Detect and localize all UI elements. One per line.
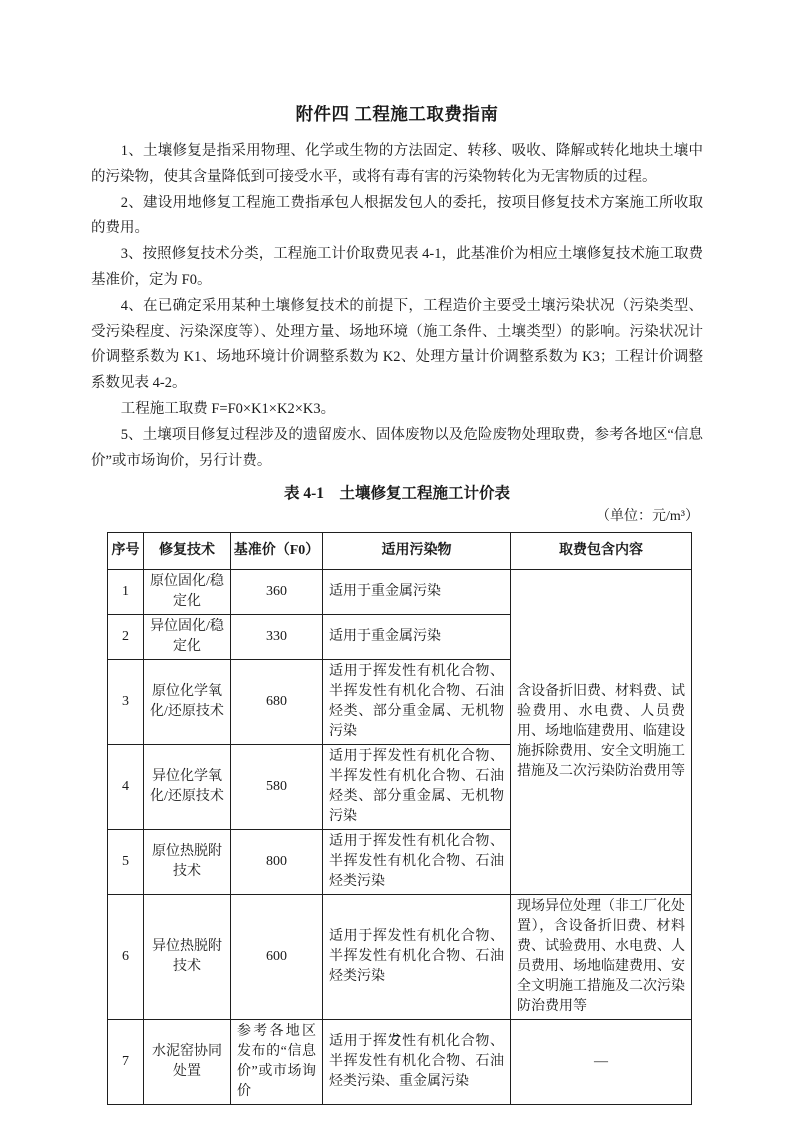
- cell-technology: 原位固化/稳定化: [144, 570, 231, 615]
- cell-base-price: 330: [231, 615, 323, 660]
- paragraph-5: 5、土壤项目修复过程涉及的遗留废水、固体废物以及危险废物处理取费，参考各地区“信…: [91, 423, 703, 475]
- cell-technology: 异位热脱附技术: [144, 895, 231, 1020]
- cell-base-price: 360: [231, 570, 323, 615]
- page-number: 7: [0, 1032, 793, 1050]
- cell-pollutants: 适用于挥发性有机化合物、半挥发性有机化合物、石油烃类污染: [323, 895, 511, 1020]
- cell-technology: 异位固化/稳定化: [144, 615, 231, 660]
- table-caption: 表 4-1 土壤修复工程施工计价表: [91, 483, 703, 505]
- cell-pollutants: 适用于重金属污染: [323, 615, 511, 660]
- cell-base-price: 800: [231, 830, 323, 895]
- cell-base-price: 680: [231, 660, 323, 745]
- document-content: 附件四 工程施工取费指南 1、土壤修复是指采用物理、化学或生物的方法固定、转移、…: [91, 102, 703, 1105]
- paragraph-2: 2、建设用地修复工程施工费指承包人根据发包人的委托，按项目修复技术方案施工所收取…: [91, 191, 703, 243]
- cell-pollutants: 适用于挥发性有机化合物、半挥发性有机化合物、石油烃类污染: [323, 830, 511, 895]
- cell-fee-content: 现场异位处理（非工厂化处置），含设备折旧费、材料费、试验费用、水电费、人员费用、…: [511, 895, 692, 1020]
- document-title: 附件四 工程施工取费指南: [91, 102, 703, 126]
- cell-seq: 4: [108, 745, 144, 830]
- paragraph-1: 1、土壤修复是指采用物理、化学或生物的方法固定、转移、吸收、降解或转化地块土壤中…: [91, 139, 703, 191]
- col-header-fee-content: 取费包含内容: [511, 533, 692, 570]
- cell-technology: 原位热脱附技术: [144, 830, 231, 895]
- table-row: 6 异位热脱附技术 600 适用于挥发性有机化合物、半挥发性有机化合物、石油烃类…: [108, 895, 692, 1020]
- document-page: 附件四 工程施工取费指南 1、土壤修复是指采用物理、化学或生物的方法固定、转移、…: [0, 0, 793, 1122]
- cell-fee-content-merged: 含设备折旧费、材料费、试验费用、水电费、人员费用、场地临建费用、临建设施拆除费用…: [511, 570, 692, 895]
- cell-pollutants: 适用于挥发性有机化合物、半挥发性有机化合物、石油烃类、部分重金属、无机物污染: [323, 660, 511, 745]
- paragraph-3: 3、按照修复技术分类，工程施工计价取费见表 4-1，此基准价为相应土壤修复技术施…: [91, 242, 703, 294]
- cell-seq: 3: [108, 660, 144, 745]
- col-header-technology: 修复技术: [144, 533, 231, 570]
- table-header-row: 序号 修复技术 基准价（F0） 适用污染物 取费包含内容: [108, 533, 692, 570]
- table-unit-note: （单位：元/m³）: [91, 507, 699, 527]
- cell-pollutants: 适用于重金属污染: [323, 570, 511, 615]
- col-header-seq: 序号: [108, 533, 144, 570]
- paragraph-4: 4、在已确定采用某种土壤修复技术的前提下，工程造价主要受土壤污染状况（污染类型、…: [91, 294, 703, 397]
- cell-seq: 1: [108, 570, 144, 615]
- cell-seq: 5: [108, 830, 144, 895]
- cell-technology: 异位化学氧化/还原技术: [144, 745, 231, 830]
- col-header-pollutants: 适用污染物: [323, 533, 511, 570]
- cell-base-price: 580: [231, 745, 323, 830]
- pricing-table: 序号 修复技术 基准价（F0） 适用污染物 取费包含内容 1 原位固化/稳定化 …: [107, 532, 692, 1105]
- col-header-base-price: 基准价（F0）: [231, 533, 323, 570]
- cell-seq: 6: [108, 895, 144, 1020]
- formula-line: 工程施工取费 F=F0×K1×K2×K3。: [91, 397, 703, 423]
- cell-pollutants: 适用于挥发性有机化合物、半挥发性有机化合物、石油烃类、部分重金属、无机物污染: [323, 745, 511, 830]
- cell-technology: 原位化学氧化/还原技术: [144, 660, 231, 745]
- cell-base-price: 600: [231, 895, 323, 1020]
- cell-seq: 2: [108, 615, 144, 660]
- table-row: 1 原位固化/稳定化 360 适用于重金属污染 含设备折旧费、材料费、试验费用、…: [108, 570, 692, 615]
